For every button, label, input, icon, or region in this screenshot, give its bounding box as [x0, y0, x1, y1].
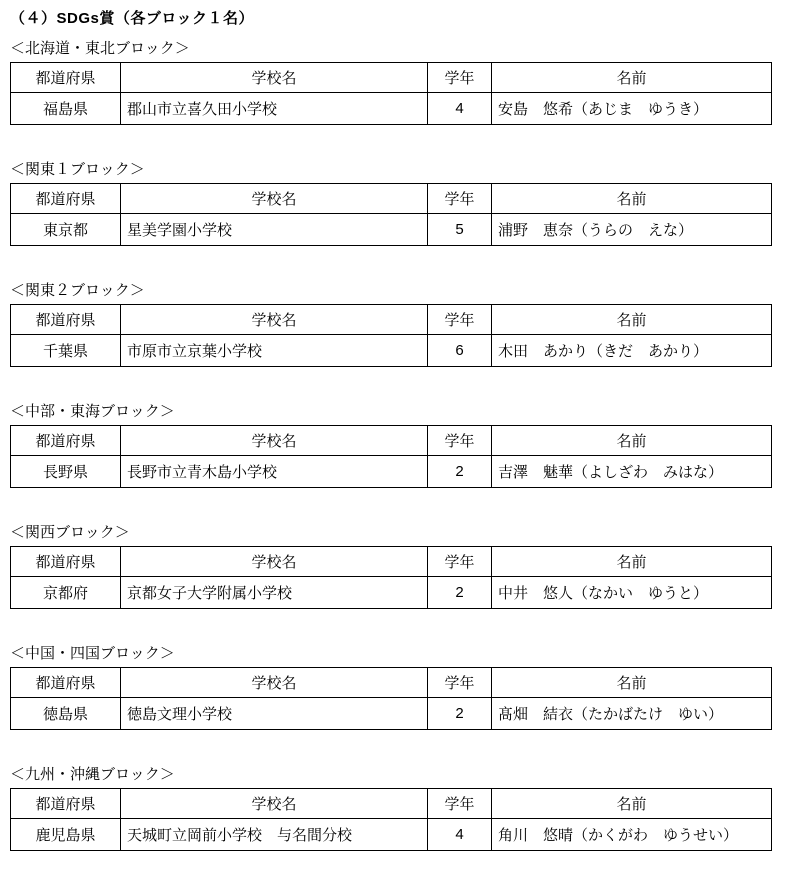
- header-grade: 学年: [428, 305, 492, 335]
- block-heading: ＜北海道・東北ブロック＞: [10, 40, 771, 58]
- cell-grade: 6: [428, 335, 492, 367]
- header-grade: 学年: [428, 547, 492, 577]
- cell-school: 星美学園小学校: [121, 214, 428, 246]
- table-row: 千葉県 市原市立京葉小学校 6 木田 あかり（きだ あかり）: [11, 335, 772, 367]
- block-section-chubu-tokai: ＜中部・東海ブロック＞ 都道府県 学校名 学年 名前 長野県 長野市立青木島小学…: [10, 393, 771, 488]
- cell-prefecture: 京都府: [11, 577, 121, 609]
- award-table: 都道府県 学校名 学年 名前 福島県 郡山市立喜久田小学校 4 安島 悠希（あじ…: [10, 62, 772, 125]
- cell-prefecture: 鹿児島県: [11, 819, 121, 851]
- header-school: 学校名: [121, 63, 428, 93]
- table-header-row: 都道府県 学校名 学年 名前: [11, 305, 772, 335]
- header-school: 学校名: [121, 547, 428, 577]
- header-prefecture: 都道府県: [11, 789, 121, 819]
- table-header-row: 都道府県 学校名 学年 名前: [11, 668, 772, 698]
- table-row: 京都府 京都女子大学附属小学校 2 中井 悠人（なかい ゆうと）: [11, 577, 772, 609]
- cell-school: 京都女子大学附属小学校: [121, 577, 428, 609]
- block-heading: ＜中国・四国ブロック＞: [10, 645, 771, 663]
- block-section-hokkaido-tohoku: ＜北海道・東北ブロック＞ 都道府県 学校名 学年 名前 福島県 郡山市立喜久田小…: [10, 30, 771, 125]
- header-name: 名前: [492, 668, 772, 698]
- cell-grade: 5: [428, 214, 492, 246]
- cell-name: 角川 悠晴（かくがわ ゆうせい）: [492, 819, 772, 851]
- cell-school: 長野市立青木島小学校: [121, 456, 428, 488]
- header-prefecture: 都道府県: [11, 547, 121, 577]
- cell-grade: 2: [428, 698, 492, 730]
- award-table: 都道府県 学校名 学年 名前 長野県 長野市立青木島小学校 2 吉澤 魅華（よし…: [10, 425, 772, 488]
- header-name: 名前: [492, 63, 772, 93]
- block-section-kyushu-okinawa: ＜九州・沖縄ブロック＞ 都道府県 学校名 学年 名前 鹿児島県 天城町立岡前小学…: [10, 756, 771, 851]
- cell-prefecture: 長野県: [11, 456, 121, 488]
- cell-prefecture: 徳島県: [11, 698, 121, 730]
- award-table: 都道府県 学校名 学年 名前 徳島県 徳島文理小学校 2 髙畑 結衣（たかばたけ…: [10, 667, 772, 730]
- header-grade: 学年: [428, 426, 492, 456]
- table-header-row: 都道府県 学校名 学年 名前: [11, 426, 772, 456]
- cell-grade: 4: [428, 93, 492, 125]
- award-table: 都道府県 学校名 学年 名前 千葉県 市原市立京葉小学校 6 木田 あかり（きだ…: [10, 304, 772, 367]
- block-section-chugoku-shikoku: ＜中国・四国ブロック＞ 都道府県 学校名 学年 名前 徳島県 徳島文理小学校 2…: [10, 635, 771, 730]
- table-header-row: 都道府県 学校名 学年 名前: [11, 547, 772, 577]
- header-school: 学校名: [121, 305, 428, 335]
- cell-grade: 2: [428, 456, 492, 488]
- page-title: （４）SDGs賞（各ブロック１名）: [0, 0, 788, 30]
- table-row: 鹿児島県 天城町立岡前小学校 与名間分校 4 角川 悠晴（かくがわ ゆうせい）: [11, 819, 772, 851]
- cell-name: 吉澤 魅華（よしざわ みはな）: [492, 456, 772, 488]
- cell-grade: 4: [428, 819, 492, 851]
- header-grade: 学年: [428, 789, 492, 819]
- cell-school: 市原市立京葉小学校: [121, 335, 428, 367]
- table-header-row: 都道府県 学校名 学年 名前: [11, 63, 772, 93]
- block-section-kanto2: ＜関東２ブロック＞ 都道府県 学校名 学年 名前 千葉県 市原市立京葉小学校 6…: [10, 272, 771, 367]
- cell-prefecture: 福島県: [11, 93, 121, 125]
- header-school: 学校名: [121, 668, 428, 698]
- header-name: 名前: [492, 305, 772, 335]
- block-heading: ＜関東２ブロック＞: [10, 282, 771, 300]
- award-table: 都道府県 学校名 学年 名前 鹿児島県 天城町立岡前小学校 与名間分校 4 角川…: [10, 788, 772, 851]
- header-prefecture: 都道府県: [11, 426, 121, 456]
- cell-prefecture: 千葉県: [11, 335, 121, 367]
- cell-school: 郡山市立喜久田小学校: [121, 93, 428, 125]
- table-header-row: 都道府県 学校名 学年 名前: [11, 789, 772, 819]
- header-name: 名前: [492, 184, 772, 214]
- cell-name: 髙畑 結衣（たかばたけ ゆい）: [492, 698, 772, 730]
- block-heading: ＜関東１ブロック＞: [10, 161, 771, 179]
- cell-name: 安島 悠希（あじま ゆうき）: [492, 93, 772, 125]
- header-prefecture: 都道府県: [11, 184, 121, 214]
- header-prefecture: 都道府県: [11, 668, 121, 698]
- block-heading: ＜中部・東海ブロック＞: [10, 403, 771, 421]
- cell-name: 浦野 恵奈（うらの えな）: [492, 214, 772, 246]
- block-section-kansai: ＜関西ブロック＞ 都道府県 学校名 学年 名前 京都府 京都女子大学附属小学校 …: [10, 514, 771, 609]
- award-table: 都道府県 学校名 学年 名前 東京都 星美学園小学校 5 浦野 恵奈（うらの え…: [10, 183, 772, 246]
- header-name: 名前: [492, 547, 772, 577]
- header-grade: 学年: [428, 63, 492, 93]
- table-header-row: 都道府県 学校名 学年 名前: [11, 184, 772, 214]
- header-grade: 学年: [428, 184, 492, 214]
- header-school: 学校名: [121, 184, 428, 214]
- block-heading: ＜関西ブロック＞: [10, 524, 771, 542]
- cell-school: 天城町立岡前小学校 与名間分校: [121, 819, 428, 851]
- award-table: 都道府県 学校名 学年 名前 京都府 京都女子大学附属小学校 2 中井 悠人（な…: [10, 546, 772, 609]
- block-section-kanto1: ＜関東１ブロック＞ 都道府県 学校名 学年 名前 東京都 星美学園小学校 5 浦…: [10, 151, 771, 246]
- header-school: 学校名: [121, 789, 428, 819]
- cell-school: 徳島文理小学校: [121, 698, 428, 730]
- cell-grade: 2: [428, 577, 492, 609]
- table-row: 徳島県 徳島文理小学校 2 髙畑 結衣（たかばたけ ゆい）: [11, 698, 772, 730]
- header-school: 学校名: [121, 426, 428, 456]
- table-row: 福島県 郡山市立喜久田小学校 4 安島 悠希（あじま ゆうき）: [11, 93, 772, 125]
- header-prefecture: 都道府県: [11, 305, 121, 335]
- block-heading: ＜九州・沖縄ブロック＞: [10, 766, 771, 784]
- header-grade: 学年: [428, 668, 492, 698]
- cell-prefecture: 東京都: [11, 214, 121, 246]
- header-prefecture: 都道府県: [11, 63, 121, 93]
- cell-name: 中井 悠人（なかい ゆうと）: [492, 577, 772, 609]
- table-row: 長野県 長野市立青木島小学校 2 吉澤 魅華（よしざわ みはな）: [11, 456, 772, 488]
- table-row: 東京都 星美学園小学校 5 浦野 恵奈（うらの えな）: [11, 214, 772, 246]
- header-name: 名前: [492, 426, 772, 456]
- cell-name: 木田 あかり（きだ あかり）: [492, 335, 772, 367]
- header-name: 名前: [492, 789, 772, 819]
